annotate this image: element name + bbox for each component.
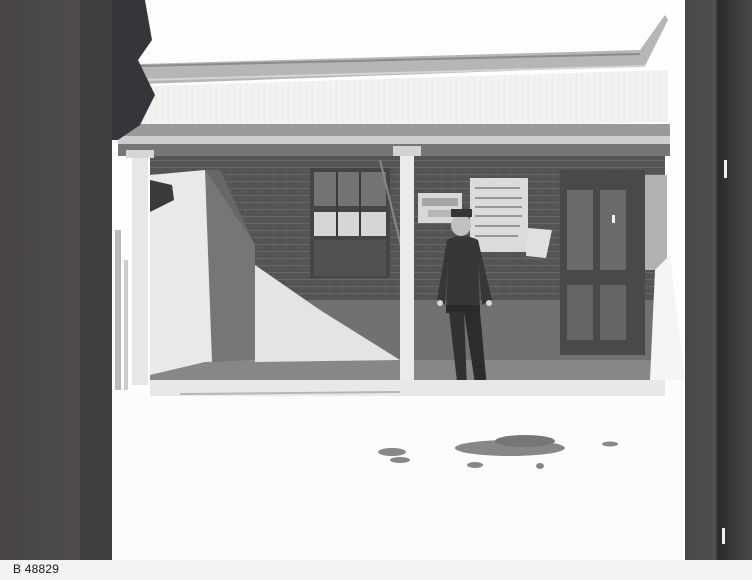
veranda-post-left bbox=[132, 155, 148, 385]
doorway-frame-right bbox=[685, 0, 752, 560]
caption-bar: B 48829 bbox=[0, 560, 752, 580]
photo-id-label: B 48829 bbox=[13, 562, 59, 576]
yard bbox=[112, 380, 686, 560]
veranda-post-center bbox=[400, 150, 414, 385]
photo-scene bbox=[0, 0, 752, 560]
historical-photograph bbox=[0, 0, 752, 560]
